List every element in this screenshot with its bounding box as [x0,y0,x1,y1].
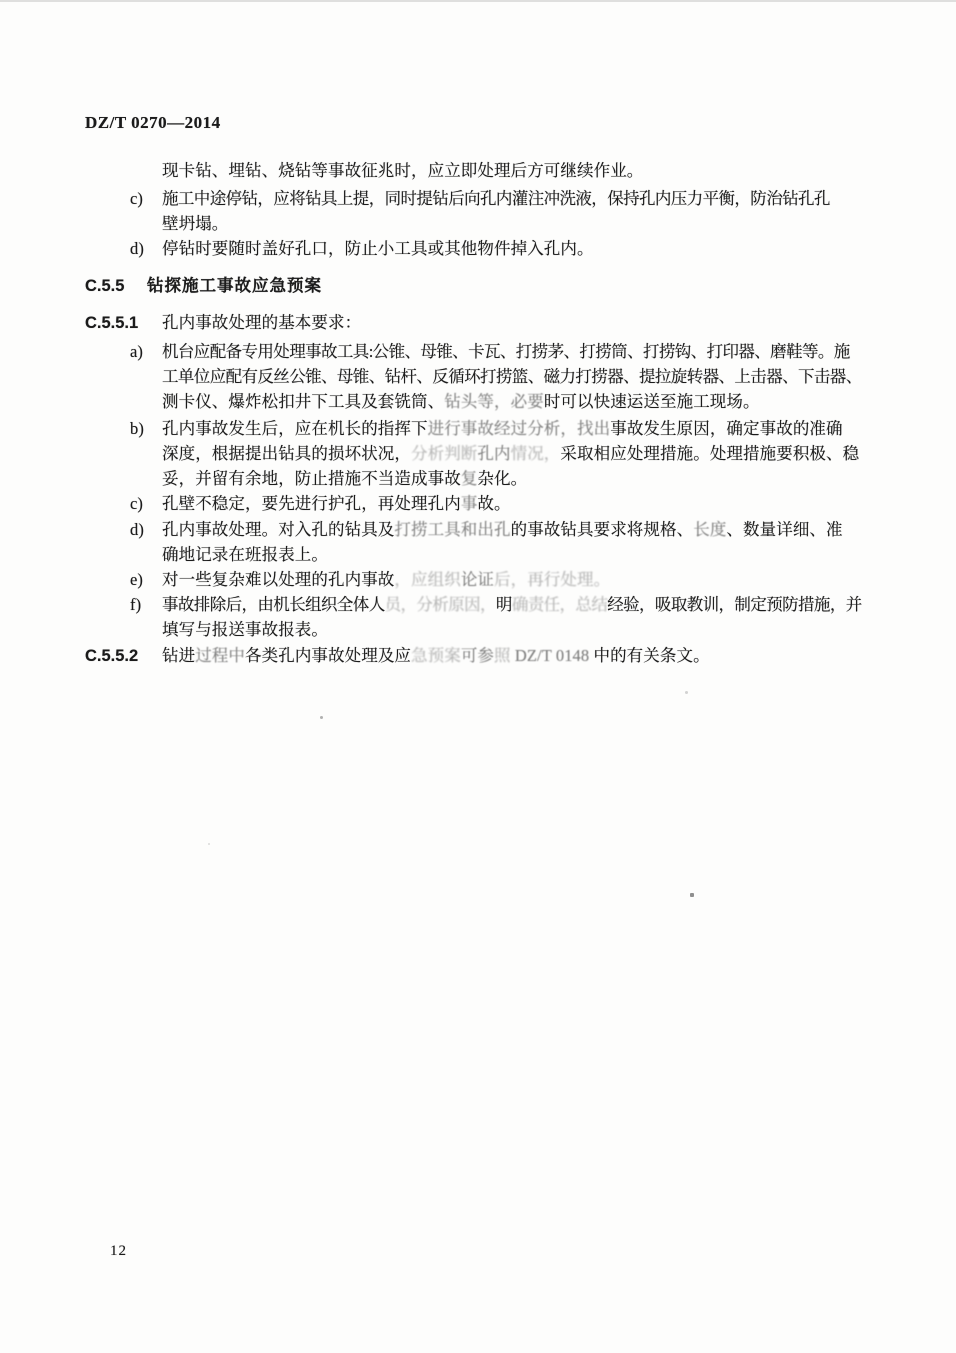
subsection-heading-c552: C.5.5.2钻进过程中各类孔内事故处理及应急预案可参照 DZ/T 0148 中… [85,645,710,667]
list-marker-b: b) [130,418,162,440]
list-item-e-line-1: e)对一些复杂难以处理的孔内事故，应组织论证后，再行处理。 [130,569,610,591]
list-marker-c2: c) [130,493,162,515]
text-line: 妥，并留有余地，防止措施不当造成事故复杂化。 [162,469,527,488]
list-marker-f: f) [130,594,162,616]
list-item-b-line-3: 妥，并留有余地，防止措施不当造成事故复杂化。 [162,468,527,490]
text-line: 对一些复杂难以处理的孔内事故，应组织论证后，再行处理。 [162,570,610,589]
text-line: 钻进过程中各类孔内事故处理及应急预案可参照 DZ/T 0148 中的有关条文。 [162,646,710,665]
subsection-number: C.5.5.1 [85,312,162,334]
page-number: 12 [110,1243,127,1260]
paragraph-continuation-line: 现卡钻、埋钻、烧钻等事故征兆时，应立即处理后方可继续作业。 [162,160,643,182]
list-item-a-line-3: 测卡仪、爆炸松扣井下工具及套铣筒、钻头等，必要时可以快速运送至施工现场。 [162,391,760,413]
text-line: 现卡钻、埋钻、烧钻等事故征兆时，应立即处理后方可继续作业。 [162,161,643,180]
subsection-number: C.5.5.2 [85,645,162,667]
text-line: 机台应配备专用处理事故工具:公锥、母锥、卡瓦、打捞茅、打捞筒、打捞钩、打印器、磨… [162,342,850,361]
list-item-b-line-2: 深度，根据提出钻具的损坏状况，分析判断孔内情况，采取相应处理措施。处理措施要积极… [162,443,859,465]
text-line: 施工中途停钻，应将钻具上提，同时提钻后向孔内灌注冲洗液，保持孔内压力平衡，防治钻… [162,189,830,208]
list-marker-d2: d) [130,519,162,541]
text-line: 孔内事故处理。对入孔的钻具及打捞工具和出孔的事故钻具要求将规格、长度、数量详细、… [162,520,843,539]
text-line: 测卡仪、爆炸松扣井下工具及套铣筒、钻头等，必要时可以快速运送至施工现场。 [162,392,760,411]
text-line: 停钻时要随时盖好孔口，防止小工具或其他物件掉入孔内。 [162,239,594,258]
scan-speckle [208,843,210,845]
list-item-b-line-1: b)孔内事故发生后，应在机长的指挥下进行事故经过分析，找出事故发生原因，确定事故… [130,418,843,440]
list-item-f-line-2: 填写与报送事故报表。 [162,619,328,641]
subsection-title: 孔内事故处理的基本要求： [162,313,361,332]
section-title: 钻探施工事故应急预案 [147,277,322,295]
text-line: 事故排除后，由机长组织全体人员，分析原因，明确责任，总结经验，吸取教训，制定预防… [162,595,862,614]
section-number: C.5.5 [85,275,147,297]
section-heading-c55: C.5.5钻探施工事故应急预案 [85,275,322,297]
text-line: 填写与报送事故报表。 [162,620,328,639]
list-marker-a: a) [130,341,162,363]
list-item-c-top: c)施工中途停钻，应将钻具上提，同时提钻后向孔内灌注冲洗液，保持孔内压力平衡，防… [130,188,830,210]
list-item-a-line-1: a)机台应配备专用处理事故工具:公锥、母锥、卡瓦、打捞茅、打捞筒、打捞钩、打印器… [130,341,850,363]
list-item-d2-line-2: 确地记录在班报表上。 [162,544,328,566]
list-item-c2-line-1: c)孔壁不稳定，要先进行护孔，再处理孔内事故。 [130,493,511,515]
list-item-c-line-2: 壁坍塌。 [162,213,228,235]
document-page: DZ/T 0270—2014 现卡钻、埋钻、烧钻等事故征兆时，应立即处理后方可继… [0,0,956,1353]
scan-speckle [320,716,323,719]
list-item-d2-line-1: d)孔内事故处理。对入孔的钻具及打捞工具和出孔的事故钻具要求将规格、长度、数量详… [130,519,843,541]
subsection-heading-c551: C.5.5.1孔内事故处理的基本要求： [85,312,361,334]
scan-speckle [685,691,688,694]
document-number-header: DZ/T 0270—2014 [85,113,221,133]
text-line: 孔壁不稳定，要先进行护孔，再处理孔内事故。 [162,494,511,513]
list-item-f-line-1: f)事故排除后，由机长组织全体人员，分析原因，明确责任，总结经验，吸取教训，制定… [130,594,862,616]
list-marker-c: c) [130,188,162,210]
list-item-a-line-2: 工单位应配有反丝公锥、母锥、钻杆、反循环打捞篮、磁力打捞器、提拉旋转器、上击器、… [162,366,862,388]
text-line: 确地记录在班报表上。 [162,545,328,564]
text-line: 孔内事故发生后，应在机长的指挥下进行事故经过分析，找出事故发生原因，确定事故的准… [162,419,843,438]
text-line: 壁坍塌。 [162,214,228,233]
text-line: 深度，根据提出钻具的损坏状况，分析判断孔内情况，采取相应处理措施。处理措施要积极… [162,444,859,463]
text-line: 工单位应配有反丝公锥、母锥、钻杆、反循环打捞篮、磁力打捞器、提拉旋转器、上击器、… [162,367,862,386]
list-marker-e: e) [130,569,162,591]
list-marker-d: d) [130,238,162,260]
list-item-d-top: d)停钻时要随时盖好孔口，防止小工具或其他物件掉入孔内。 [130,238,594,260]
scan-speckle [690,893,694,897]
